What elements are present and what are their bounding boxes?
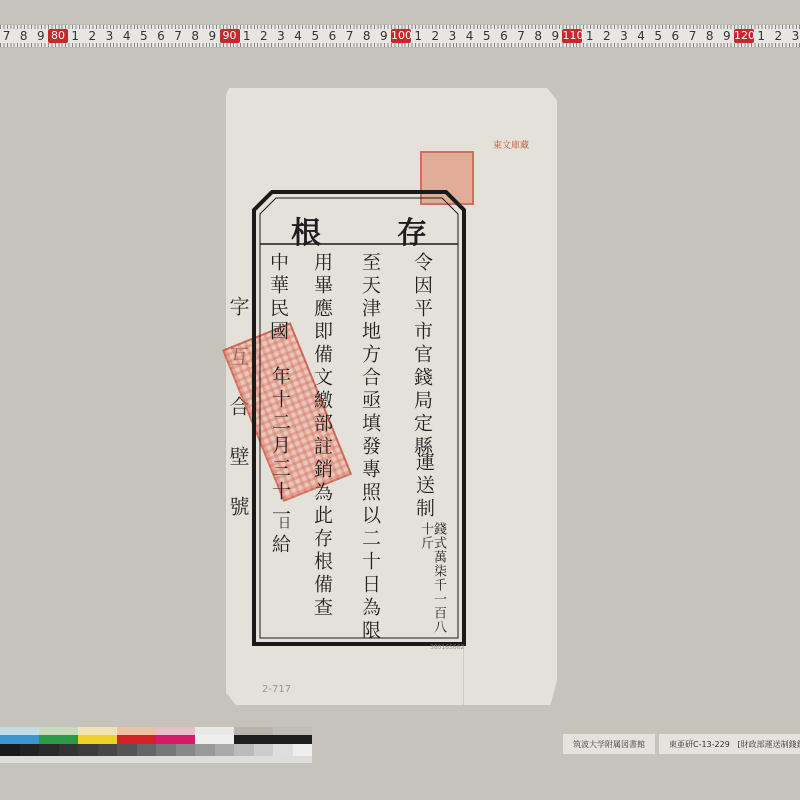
column-text: 運送制 — [413, 452, 435, 521]
title-char-right: 存 — [397, 208, 427, 252]
color-patch — [176, 744, 196, 756]
title-char-left: 根 — [291, 208, 321, 252]
ruler-number: 9 — [204, 29, 221, 43]
text-column-2: 至天津地方合亟填發專照以二十日為限 — [360, 252, 379, 643]
left-stub-text: 字互合壁號 — [224, 296, 253, 546]
color-patch — [195, 727, 234, 735]
ruler-number: 2 — [84, 29, 101, 43]
ruler-number: 2 — [255, 29, 272, 43]
color-patch — [0, 735, 39, 744]
color-patch — [156, 744, 176, 756]
color-patch — [195, 735, 234, 744]
color-patch — [234, 727, 273, 735]
stub-form-frame: 根 存 令因平市官錢局定縣 運送制 錢式萬柒千一百八十斤 至天津地方合亟填發專照… — [252, 190, 466, 646]
ruler-number: 8 — [15, 29, 32, 43]
color-patch — [215, 744, 235, 756]
text-column-1: 令因平市官錢局定縣 — [412, 252, 431, 459]
ruler-number: 1 — [238, 29, 255, 43]
ruler-number: 3 — [444, 29, 461, 43]
ruler-number: 100 — [391, 29, 411, 43]
ruler-number: 9 — [32, 29, 49, 43]
color-patches-light — [0, 727, 312, 735]
color-patch — [59, 744, 79, 756]
color-patch — [273, 744, 293, 756]
day-text: 日 — [275, 516, 290, 530]
catalog-label: 東亜研C-13-229 [財政部運送制錢錁餌]存根 — [659, 734, 800, 754]
stub-char: 號 — [226, 496, 250, 546]
ruler-number: 7 — [512, 29, 529, 43]
color-patch — [39, 744, 59, 756]
column-text: 以二十日為限 — [359, 505, 381, 643]
color-patch — [78, 727, 117, 735]
color-patch — [0, 727, 39, 735]
date-text: 年十二月三十一 — [269, 366, 291, 527]
ruler-ticks-bottom — [0, 43, 800, 47]
date-column-era: 中華民國 — [268, 252, 287, 344]
library-label: 筑波大学附属図書館 — [563, 734, 655, 754]
column-text: 錢式萬柒千一百八十斤 — [418, 522, 446, 634]
era-text: 中華民國 — [267, 252, 289, 344]
collection-stamp: 東文庫藏 — [493, 138, 529, 151]
issue-text: 給 — [269, 534, 291, 557]
ruler-number: 3 — [101, 29, 118, 43]
ruler-number: 7 — [0, 29, 15, 43]
ruler-number: 80 — [48, 29, 68, 43]
form-title: 根 存 — [252, 208, 466, 252]
ruler-number: 7 — [341, 29, 358, 43]
color-calibration-chart — [0, 727, 312, 763]
ruler-number: 3 — [272, 29, 289, 43]
color-patches-main — [0, 735, 312, 744]
ruler-number: 120 — [734, 29, 754, 43]
color-patch — [234, 735, 273, 744]
ruler-number: 110 — [562, 29, 582, 43]
color-patch — [78, 744, 98, 756]
text-column-1-small: 錢式萬柒千一百八十斤 — [419, 522, 445, 646]
ruler-number: 6 — [324, 29, 341, 43]
ruler-number: 6 — [495, 29, 512, 43]
ruler-number: 5 — [650, 29, 667, 43]
ruler-number: 1 — [753, 29, 770, 43]
column-text: 令因平市官錢局定縣 — [411, 252, 433, 459]
ruler-number: 9 — [375, 29, 392, 43]
text-column-3: 用畢應即備文繳部註銷為此存根備查 — [312, 252, 331, 620]
ruler-number: 8 — [358, 29, 375, 43]
ruler-number: 6 — [152, 29, 169, 43]
grayscale-strip — [0, 744, 312, 756]
color-patch — [234, 744, 254, 756]
ruler-number: 5 — [307, 29, 324, 43]
color-patch — [273, 735, 312, 744]
ruler-number: 2 — [770, 29, 787, 43]
color-patch — [20, 744, 40, 756]
ruler-number: 1 — [581, 29, 598, 43]
column-text: 用畢應即備文繳部註銷為此存根備查 — [311, 252, 333, 620]
color-patch — [117, 735, 156, 744]
color-patch — [39, 735, 78, 744]
ruler-number: 90 — [220, 29, 240, 43]
color-patch — [273, 727, 312, 735]
catalog-labels: 筑波大学附属図書館 東亜研C-13-229 [財政部運送制錢錁餌]存根 — [563, 734, 800, 754]
stub-char: 壁 — [226, 446, 250, 496]
ruler-number: 3 — [787, 29, 800, 43]
measuring-ruler: 7898012345678990123456789100123456789110… — [0, 24, 800, 48]
color-patch — [117, 744, 137, 756]
ruler-number: 8 — [701, 29, 718, 43]
ruler-number: 1 — [67, 29, 84, 43]
ruler-number: 4 — [118, 29, 135, 43]
serial-number: 380165662 — [430, 644, 464, 651]
ruler-number: 9 — [547, 29, 564, 43]
date-column-issue: 給 — [270, 534, 289, 557]
color-patch — [156, 727, 195, 735]
ruler-number: 1 — [410, 29, 427, 43]
date-column-day: 日 — [276, 516, 289, 530]
color-patch — [39, 727, 78, 735]
ruler-numbers: 7898012345678990123456789100123456789110… — [0, 29, 800, 43]
ruler-number: 6 — [667, 29, 684, 43]
column-text: 至天津地方合亟填發專照 — [359, 252, 381, 505]
color-patch — [254, 744, 274, 756]
ruler-number: 5 — [135, 29, 152, 43]
ruler-number: 2 — [427, 29, 444, 43]
ruler-number: 5 — [478, 29, 495, 43]
ruler-number: 4 — [633, 29, 650, 43]
date-column-date: 年十二月三十一 — [270, 366, 289, 527]
ruler-number: 7 — [684, 29, 701, 43]
stub-char: 字 — [226, 296, 250, 346]
color-patch — [195, 744, 215, 756]
ruler-number: 8 — [187, 29, 204, 43]
document-title-label: [財政部運送制錢錁餌]存根 — [737, 739, 800, 750]
color-patch — [0, 744, 20, 756]
ruler-number: 3 — [615, 29, 632, 43]
text-column-1-tail: 運送制 — [414, 452, 433, 521]
color-patch — [98, 744, 118, 756]
pencil-note: 2-717 — [262, 684, 291, 695]
ruler-number: 8 — [530, 29, 547, 43]
ruler-number: 7 — [169, 29, 186, 43]
catalog-number: 東亜研C-13-229 — [669, 739, 730, 750]
ruler-number: 4 — [461, 29, 478, 43]
ruler-number: 9 — [718, 29, 735, 43]
color-patch — [117, 727, 156, 735]
ruler-number: 4 — [290, 29, 307, 43]
color-patch — [78, 735, 117, 744]
color-patch — [137, 744, 157, 756]
color-patch — [156, 735, 195, 744]
ruler-number: 2 — [598, 29, 615, 43]
color-patch — [293, 744, 313, 756]
